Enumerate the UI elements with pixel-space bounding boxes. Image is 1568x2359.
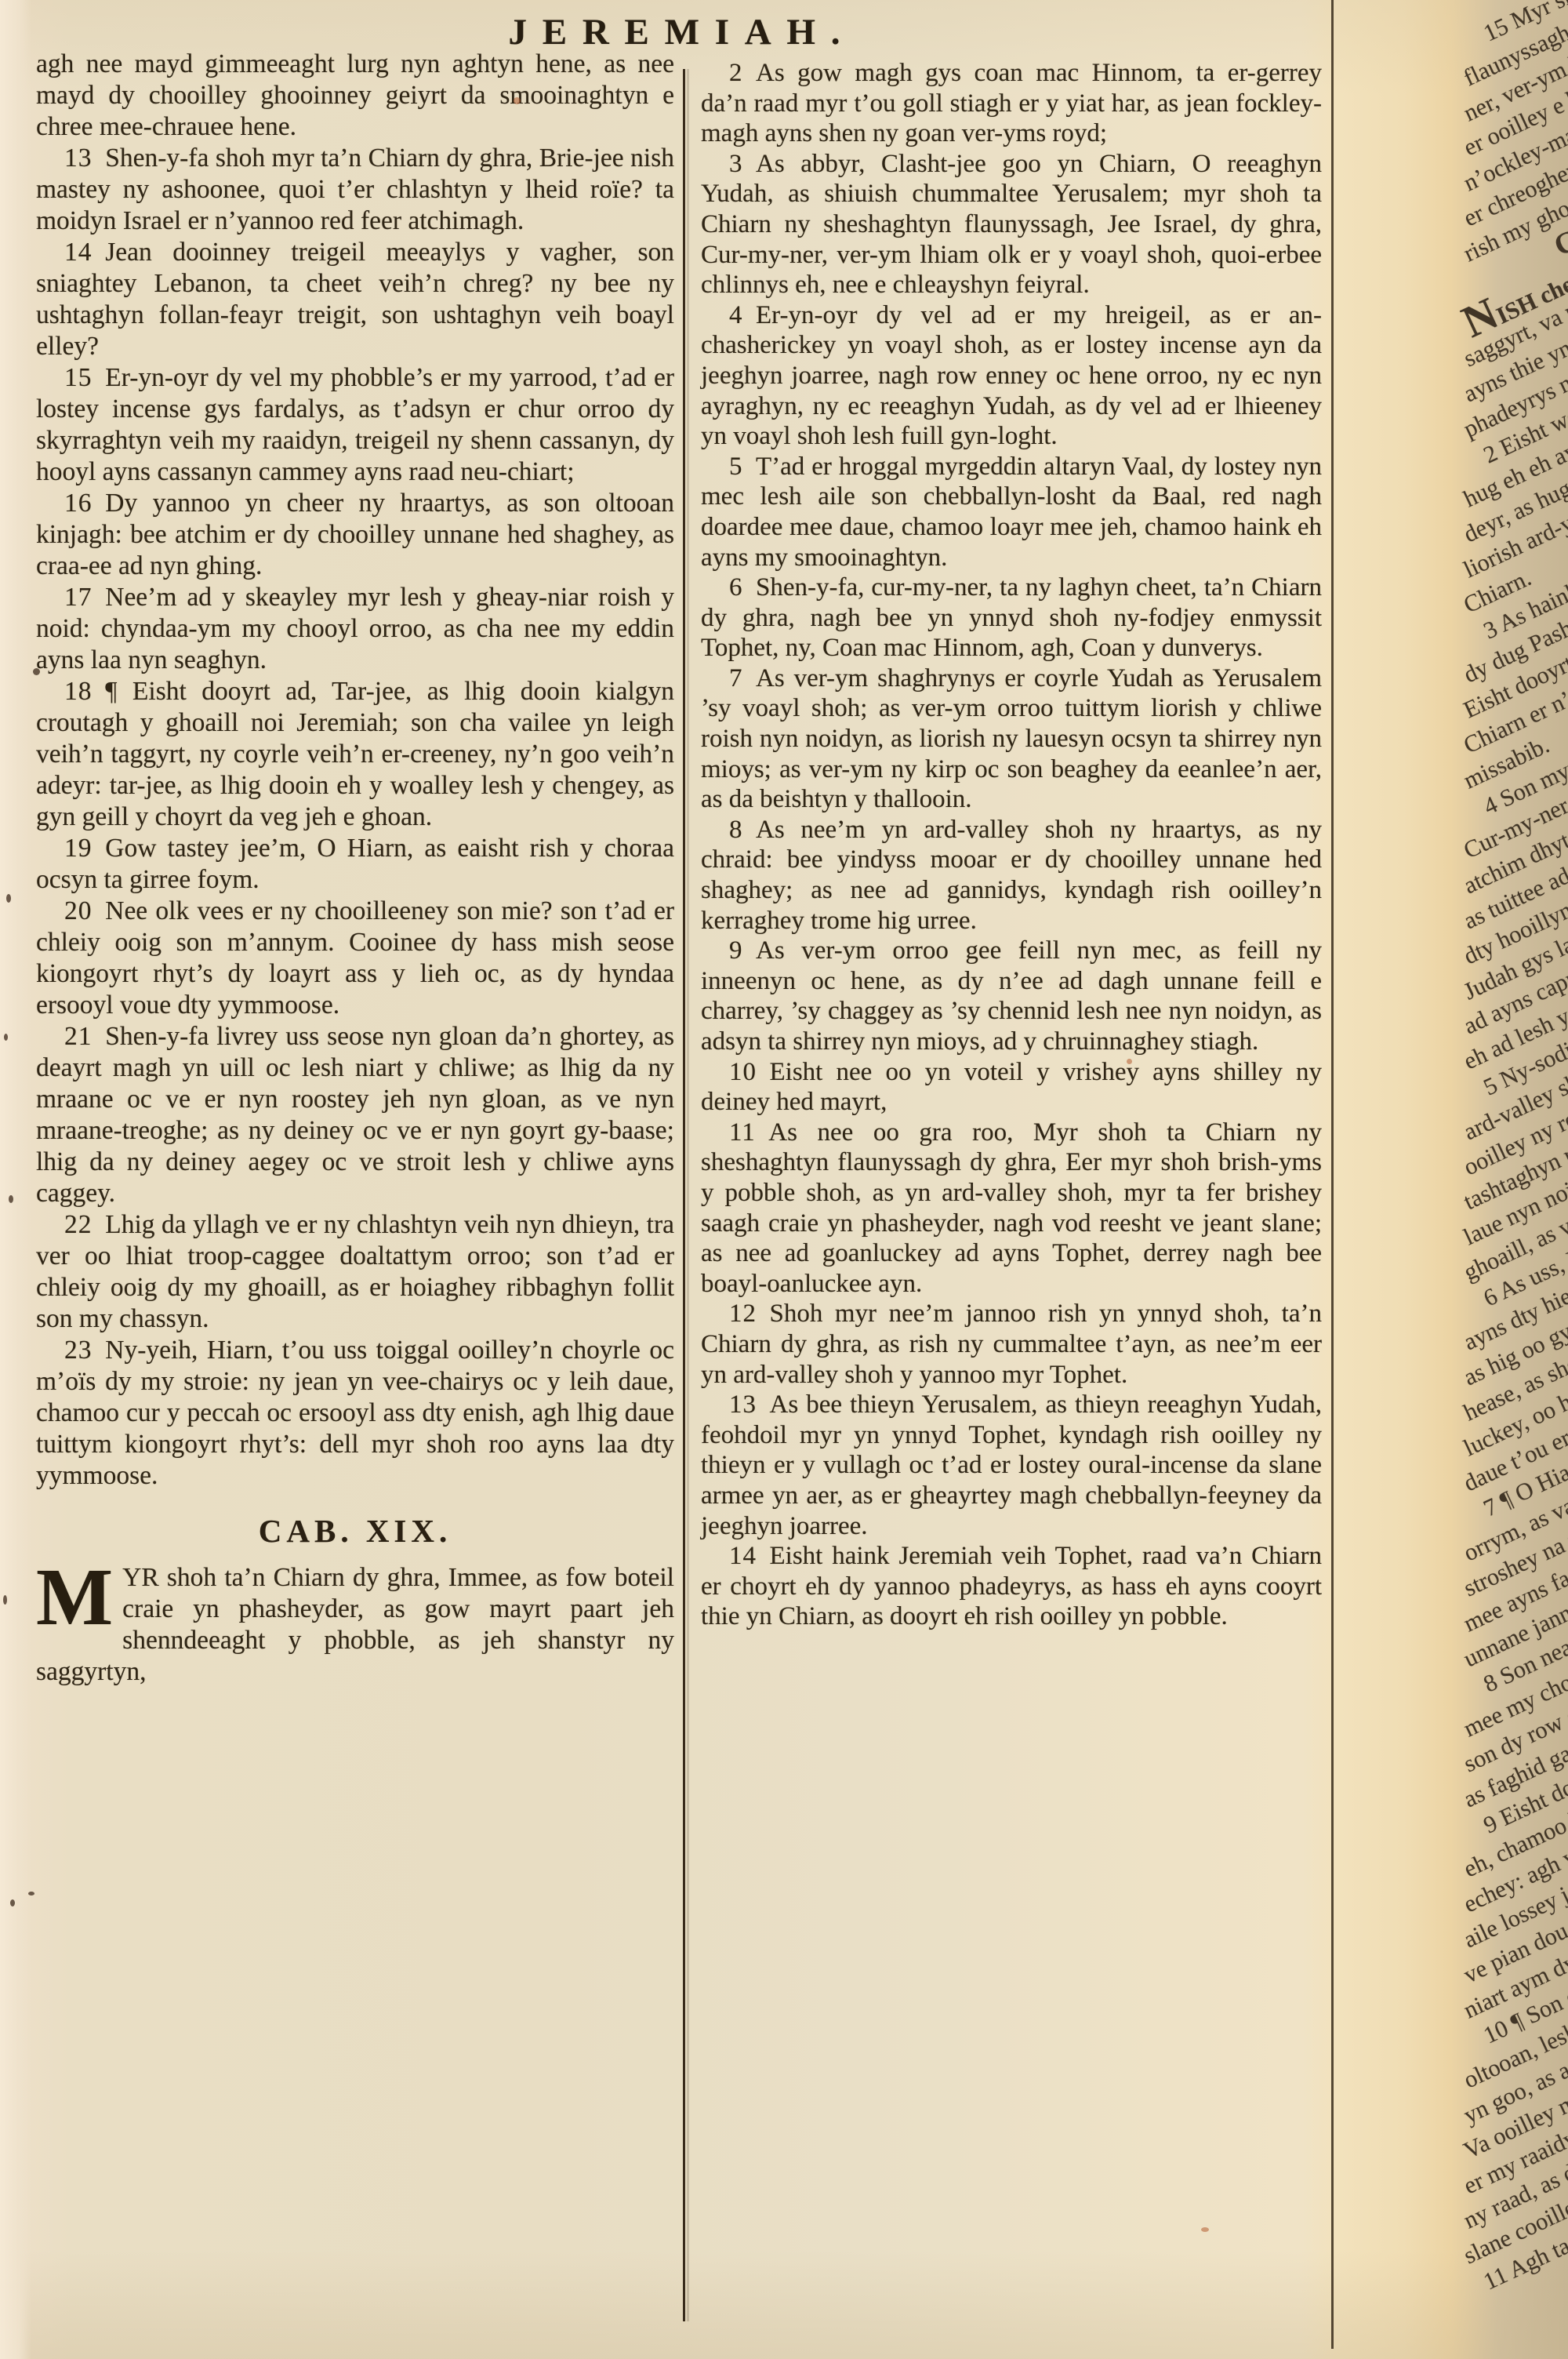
verse-22: 22 Lhig da yllagh ve er ny chlashtyn vei… bbox=[36, 1209, 674, 1335]
chapter-opening-text: YR shoh ta’n Chiarn dy ghra, Immee, as f… bbox=[36, 1563, 674, 1686]
verse-number: 13 bbox=[64, 144, 93, 173]
ink-speck bbox=[3, 1595, 7, 1605]
page-left-deckle-edge bbox=[0, 0, 31, 2359]
verse-3: 3 As abbyr, Clasht-jee goo yn Chiarn, O … bbox=[701, 149, 1322, 300]
verse-number: 18 bbox=[64, 677, 93, 706]
verse-number: 2 bbox=[729, 59, 743, 87]
verse-number: 9 bbox=[729, 936, 743, 965]
verse-number: 3 bbox=[729, 150, 743, 178]
verse-9: 9 As ver-ym orroo gee feill nyn mec, as … bbox=[701, 936, 1322, 1056]
verse-11: 11 As nee oo gra roo, Myr shoh ta Chiarn… bbox=[701, 1118, 1322, 1299]
verse-number: 19 bbox=[64, 834, 93, 863]
verse-13: 13 As bee thieyn Yerusalem, as thieyn re… bbox=[701, 1390, 1322, 1541]
next-page-text-fragments: 15 Myr shoh taflaunyssagh, Jee Iner, ver… bbox=[1465, 27, 1568, 2310]
verse-4: 4 Er-yn-oyr dy vel ad er my hreigeil, as… bbox=[701, 300, 1322, 452]
verse-number: 17 bbox=[64, 583, 93, 612]
verse-number: 11 bbox=[729, 1118, 756, 1147]
drop-cap-letter: M bbox=[36, 1562, 122, 1630]
left-column-verses: 13 Shen-y-fa shoh myr ta’n Chiarn dy ghr… bbox=[36, 143, 674, 1492]
verse-number: 15 bbox=[64, 363, 93, 392]
verse-15: 15 Er-yn-oyr dy vel my phobble’s er my y… bbox=[36, 362, 674, 488]
next-page-curled-edge: 15 Myr shoh taflaunyssagh, Jee Iner, ver… bbox=[1334, 0, 1568, 2359]
column-divider-rule bbox=[683, 69, 685, 2321]
verse-2: 2 As gow magh gys coan mac Hinnom, ta er… bbox=[701, 58, 1322, 149]
verse-number: 10 bbox=[729, 1058, 757, 1086]
verse-20: 20 Nee olk vees er ny chooilleeney son m… bbox=[36, 896, 674, 1021]
verse-18: 18 ¶ Eisht dooyrt ad, Tar-jee, as lhig d… bbox=[36, 676, 674, 833]
running-head-book-title: JEREMIAH. bbox=[0, 11, 1348, 53]
verse-number: 21 bbox=[64, 1022, 93, 1051]
verse-number: 16 bbox=[64, 489, 93, 518]
right-column-verses: 2 As gow magh gys coan mac Hinnom, ta er… bbox=[701, 58, 1322, 1632]
book-page-scan: JEREMIAH. agh nee mayd gimmeeaght lurg n… bbox=[0, 0, 1568, 2359]
ink-fleck bbox=[514, 97, 521, 104]
left-text-column: agh nee mayd gimmeeaght lurg nyn aghtyn … bbox=[36, 49, 674, 1688]
verse-14: 14 Jean dooinney treigeil meeaylys y vag… bbox=[36, 237, 674, 362]
ink-speck bbox=[10, 1899, 15, 1906]
verse-number: 6 bbox=[729, 573, 743, 602]
verse-number: 14 bbox=[729, 1542, 757, 1570]
ink-speck bbox=[4, 1034, 8, 1041]
verse-5: 5 T’ad er hroggal myrgeddin altaryn Vaal… bbox=[701, 452, 1322, 572]
verse-number: 20 bbox=[64, 896, 93, 925]
verse-number: 7 bbox=[729, 664, 743, 692]
ink-speck bbox=[28, 1892, 34, 1896]
chapter-opening-verse: MYR shoh ta’n Chiarn dy ghra, Immee, as … bbox=[36, 1562, 674, 1688]
verse-number: 13 bbox=[729, 1390, 757, 1419]
right-text-column: 2 As gow magh gys coan mac Hinnom, ta er… bbox=[701, 58, 1322, 1632]
verse-14: 14 Eisht haink Jeremiah veih Tophet, raa… bbox=[701, 1541, 1322, 1632]
verse-10: 10 Eisht nee oo yn voteil y vrishey ayns… bbox=[701, 1057, 1322, 1118]
ink-fleck bbox=[1127, 1059, 1132, 1064]
ink-speck bbox=[9, 1195, 13, 1203]
verse-number: 12 bbox=[729, 1299, 757, 1328]
verse-number: 5 bbox=[729, 453, 743, 481]
verse-6: 6 Shen-y-fa, cur-my-ner, ta ny laghyn ch… bbox=[701, 572, 1322, 663]
ink-speck bbox=[33, 668, 40, 675]
verse-number: 4 bbox=[729, 301, 743, 329]
verse-23: 23 Ny-yeih, Hiarn, t’ou uss toiggal ooil… bbox=[36, 1335, 674, 1492]
verse-8: 8 As nee’m yn ard-valley shoh ny hraarty… bbox=[701, 815, 1322, 936]
verse-7: 7 As ver-ym shaghrynys er coyrle Yudah a… bbox=[701, 663, 1322, 815]
ink-speck bbox=[6, 894, 11, 903]
verse-12-continuation: agh nee mayd gimmeeaght lurg nyn aghtyn … bbox=[36, 49, 674, 143]
verse-21: 21 Shen-y-fa livrey uss seose nyn gloan … bbox=[36, 1021, 674, 1209]
verse-number: 23 bbox=[64, 1336, 93, 1365]
verse-16: 16 Dy yannoo yn cheer ny hraartys, as so… bbox=[36, 488, 674, 582]
verse-number: 14 bbox=[64, 238, 93, 267]
verse-17: 17 Nee’m ad y skeayley myr lesh y gheay-… bbox=[36, 582, 674, 676]
verse-19: 19 Gow tastey jee’m, O Hiarn, as eaisht … bbox=[36, 833, 674, 896]
chapter-heading: CAB. XIX. bbox=[36, 1515, 674, 1547]
ink-fleck bbox=[1201, 2227, 1209, 2232]
verse-number: 22 bbox=[64, 1210, 93, 1239]
verse-number: 8 bbox=[729, 816, 743, 844]
verse-12: 12 Shoh myr nee’m jannoo rish yn ynnyd s… bbox=[701, 1299, 1322, 1390]
verse-13: 13 Shen-y-fa shoh myr ta’n Chiarn dy ghr… bbox=[36, 143, 674, 237]
